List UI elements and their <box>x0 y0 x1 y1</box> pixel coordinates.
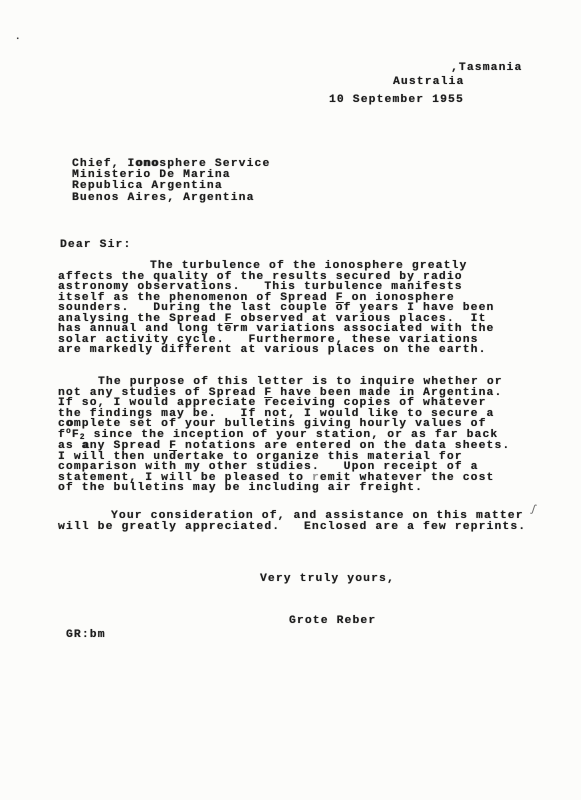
dateline-date: 10 September 1955 <box>329 94 464 106</box>
body-paragraph-1: The turbulence of the ionosphere greatly… <box>58 261 494 356</box>
dateline-country: Australia <box>393 76 464 88</box>
typist-reference: GR:bm <box>66 629 106 641</box>
complimentary-close: Very truly yours, <box>260 573 395 585</box>
letter-scan-page: · ,Tasmania Australia 10 September 1955 … <box>0 0 581 800</box>
signature-name: Grote Reber <box>289 615 376 627</box>
dateline-region: ,Tasmania <box>451 62 522 74</box>
salutation: Dear Sir: <box>60 239 131 251</box>
pencil-mark-icon: ʃ <box>528 503 538 516</box>
body-paragraph-3: Your consideration of, and assistance on… <box>58 511 526 532</box>
scan-speck-icon: · <box>15 34 22 44</box>
body-paragraph-2: The purpose of this letter is to inquire… <box>58 377 510 494</box>
recipient-address: Chief, Ionosphere Service Ministerio De … <box>72 159 270 204</box>
